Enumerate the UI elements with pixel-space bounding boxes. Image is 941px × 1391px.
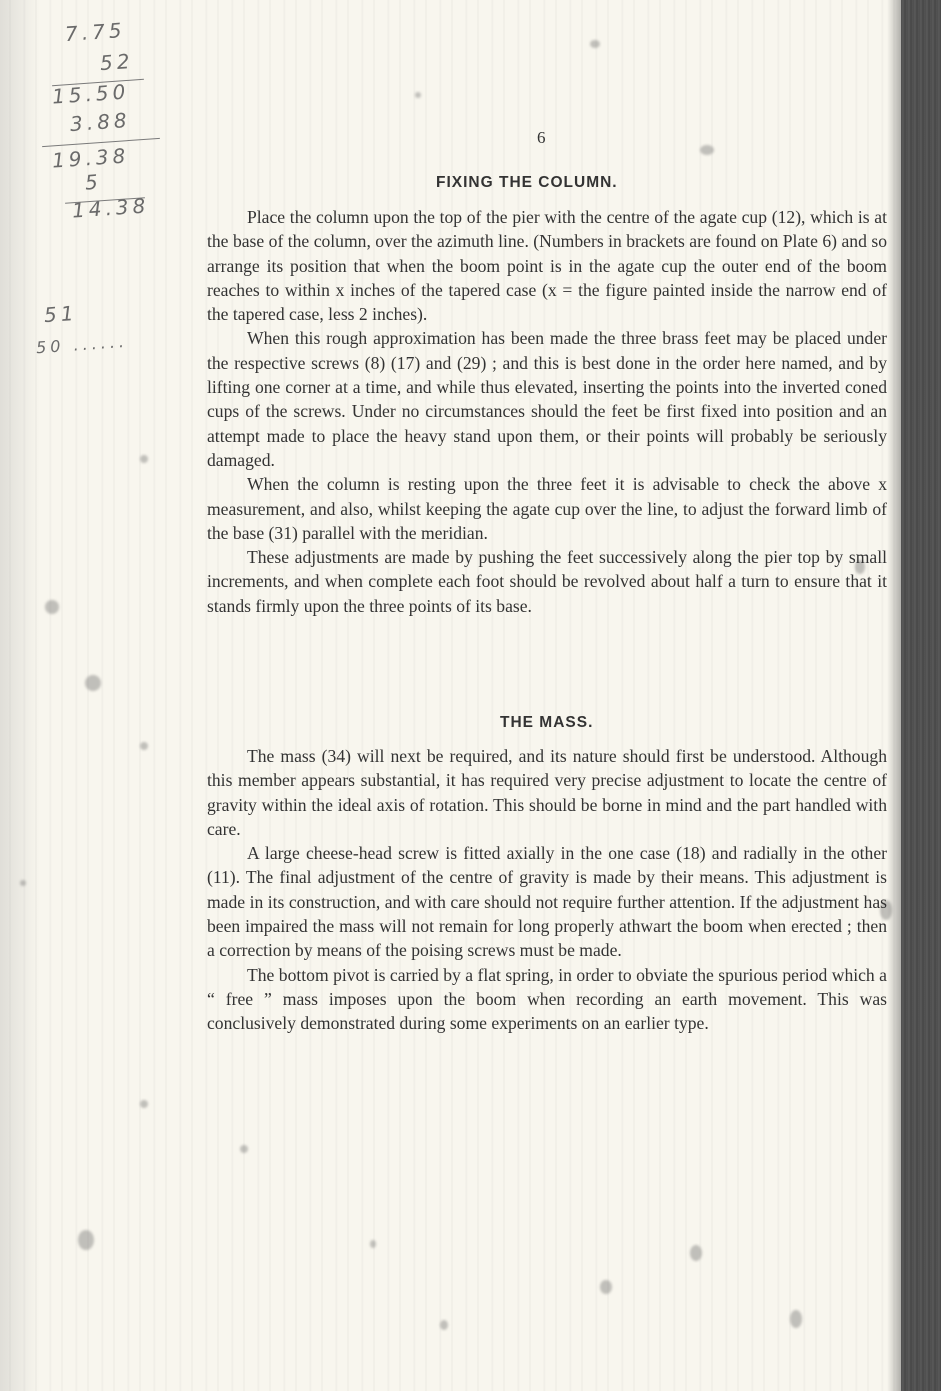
paragraph: A large cheese-head screw is fitted axia… (207, 841, 887, 962)
section-body-the-mass: The mass (34) will next be required, and… (207, 744, 887, 1036)
section-heading-fixing-the-column: FIXING THE COLUMN. (436, 174, 618, 192)
right-edge-shadow (887, 0, 901, 1391)
scan-speck (790, 1310, 802, 1328)
annotation-line: 7.75 (64, 18, 126, 46)
scan-speck (140, 742, 148, 750)
scan-speck (700, 145, 714, 155)
annotation-line: 51 (43, 301, 78, 327)
paragraph: When the column is resting upon the thre… (207, 472, 887, 545)
scan-speck (140, 1100, 148, 1108)
scan-speck (45, 600, 59, 614)
scan-speck (690, 1245, 702, 1261)
scan-speck (140, 455, 148, 463)
paragraph: These adjustments are made by pushing th… (207, 545, 887, 618)
scan-speck (85, 675, 101, 691)
scan-speck (415, 92, 421, 98)
annotation-line: 50 ...... (35, 332, 128, 357)
scanned-page: 7.75 52 15.50 3.88 19.38 5 14.38 51 50 .… (0, 0, 941, 1391)
scan-speck (78, 1230, 94, 1250)
paragraph: The mass (34) will next be required, and… (207, 744, 887, 841)
scan-speck (20, 880, 26, 886)
scan-speck (240, 1145, 248, 1153)
scan-speck (440, 1320, 448, 1330)
page-number: 6 (537, 128, 546, 148)
section-body-fixing-the-column: Place the column upon the top of the pie… (207, 205, 887, 618)
annotation-line: 14.38 (71, 193, 150, 222)
paragraph: Place the column upon the top of the pie… (207, 205, 887, 326)
annotation-line: 19.38 (51, 143, 130, 172)
scan-speck (590, 40, 600, 48)
handwritten-margin-notes: 7.75 52 15.50 3.88 19.38 5 14.38 51 50 .… (30, 10, 180, 360)
annotation-line: 52 (99, 49, 134, 75)
binding-edge (901, 0, 941, 1391)
annotation-line: 5 (84, 169, 102, 194)
annotation-line: 15.50 (51, 79, 130, 108)
section-heading-the-mass: THE MASS. (500, 714, 593, 732)
paragraph: When this rough approximation has been m… (207, 326, 887, 472)
scan-speck (600, 1280, 612, 1294)
paragraph: The bottom pivot is carried by a flat sp… (207, 963, 887, 1036)
annotation-line: 3.88 (69, 108, 131, 136)
scan-speck (370, 1240, 376, 1248)
